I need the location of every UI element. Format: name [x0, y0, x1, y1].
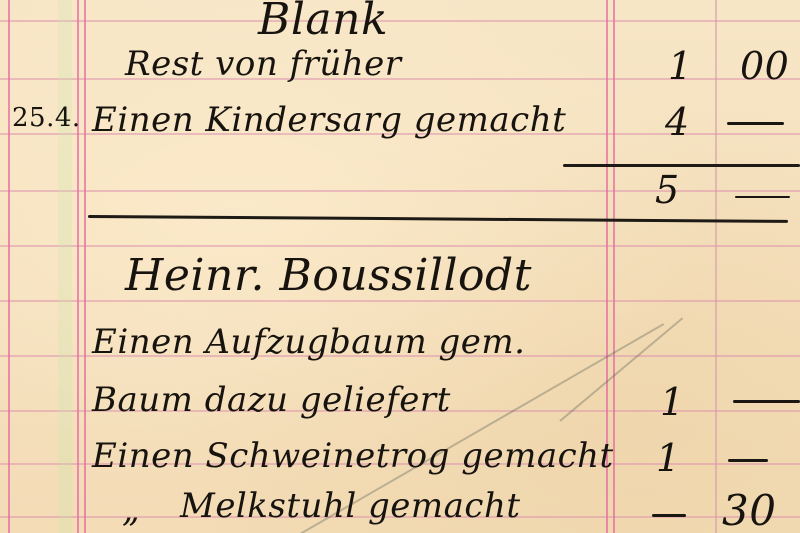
date-column-line [77, 0, 79, 533]
entry-description: Einen Schweinetrog gemacht [92, 436, 614, 476]
entry-amount: 00 [740, 44, 789, 88]
amount-dash [727, 122, 784, 125]
ruling-line [0, 245, 800, 247]
margin-line [8, 0, 10, 533]
ruling-line [0, 190, 800, 192]
entry-amount: 30 [722, 486, 776, 533]
entry-description: Baum dazu geliefert [92, 380, 451, 420]
entry-mark-dash [652, 514, 686, 517]
entry-mark: 1 [660, 380, 685, 424]
account-heading: Heinr. Boussillodt [125, 250, 532, 301]
date-column-line [84, 0, 86, 533]
cents-column-line [715, 0, 717, 533]
entry-description: Einen Kindersarg gemacht [92, 100, 566, 140]
paper-discoloration [58, 0, 72, 533]
entry-mark: 1 [656, 436, 681, 480]
entry-mark: 1 [668, 44, 693, 88]
subtotal-rule [563, 164, 800, 167]
account-heading: Blank [258, 0, 388, 45]
amount-dash [733, 400, 800, 403]
entry-description: Melkstuhl gemacht [180, 486, 521, 526]
amount-dash [728, 459, 768, 462]
entry-date: 25.4. [12, 103, 81, 133]
subtotal-mark: 5 [655, 168, 680, 212]
section-end-rule [88, 215, 788, 223]
entry-mark: 4 [665, 100, 690, 144]
ledger-page: Blank Rest von früher 1 00 25.4. Einen K… [0, 0, 800, 533]
ruling-line [0, 20, 800, 22]
entry-description: Rest von früher [125, 44, 402, 84]
entry-description: Einen Aufzugbaum gem. [92, 322, 525, 362]
subtotal-dash [735, 196, 790, 198]
ditto-mark: „ [122, 490, 140, 530]
